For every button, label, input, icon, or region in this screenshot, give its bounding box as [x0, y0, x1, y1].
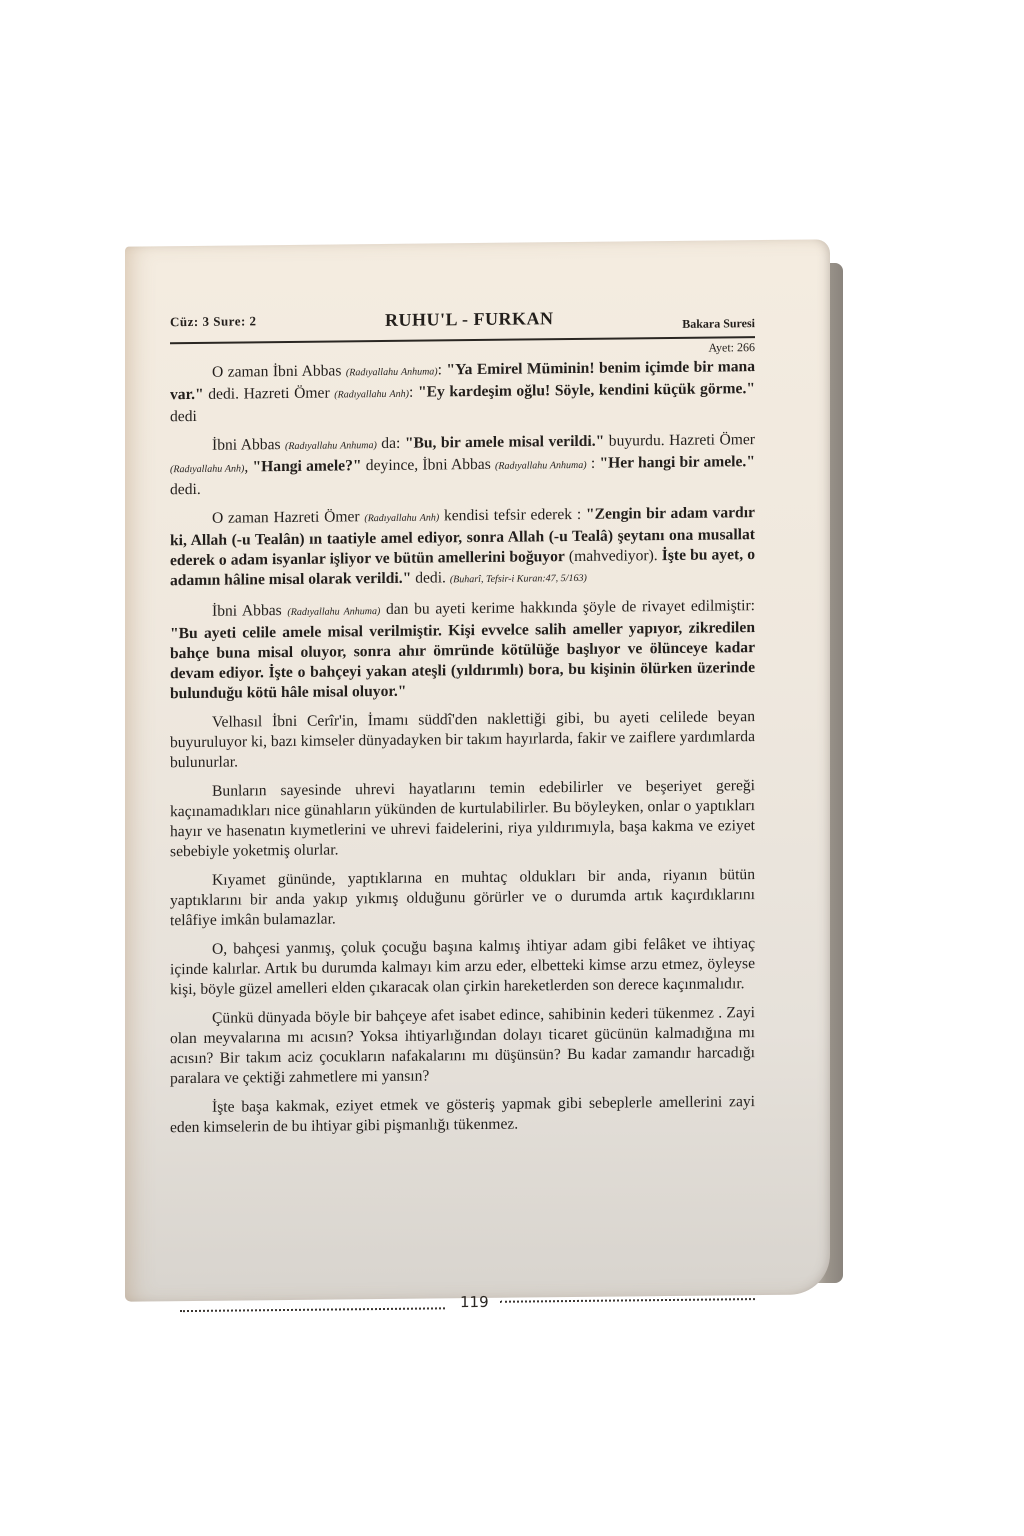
paragraph: İbni Abbas (Radıyallahu Anhuma) da: "Bu,… — [170, 430, 755, 500]
quoted-text: "Ey kardeşim oğlu! Söyle, kendini küçük … — [418, 380, 755, 401]
text-segment: Bunların sayesinde uhrevi hayatlarını te… — [170, 777, 755, 860]
running-head: Cüz: 3 Sure: 2 RUHU'L - FURKAN Bakara Su… — [170, 300, 755, 344]
text-segment: Kıyamet gününde, yaptıklarına en muhtaç … — [170, 866, 755, 929]
paragraph: İbni Abbas (Radıyallahu Anhuma) dan bu a… — [170, 596, 755, 704]
book-title: RUHU'L - FURKAN — [385, 308, 554, 331]
text-segment: da: — [377, 435, 405, 452]
surah-name: Bakara Suresi — [682, 316, 755, 332]
honorific-note: (Radıyallahu Anh) — [364, 512, 439, 524]
text-segment: Çünkü dünyada böyle bir bahçeye afet isa… — [170, 1004, 755, 1087]
quoted-text: "Hangi amele?" — [252, 457, 361, 475]
honorific-note: (Radıyallahu Anhuma) — [495, 460, 587, 472]
text-segment: Velhasıl İbni Cerîr'in, İmamı süddî'den … — [170, 708, 755, 771]
quoted-text: "Bu ayeti celile amele misal verilmiştir… — [170, 619, 755, 702]
text-segment: dedi. — [411, 569, 450, 586]
volume-chapter-label: Cüz: 3 Sure: 2 — [170, 313, 257, 330]
body-text: O zaman İbni Abbas (Radıyallahu Anhuma):… — [170, 357, 755, 1138]
honorific-note: (Buharî, Tefsir-i Kuran:47, 5/163) — [450, 573, 587, 585]
book: Cüz: 3 Sure: 2 RUHU'L - FURKAN Bakara Su… — [125, 243, 845, 1298]
text-segment: : — [409, 384, 418, 401]
text-segment: dedi. — [170, 481, 201, 498]
text-segment: buyurdu. Hazreti Ömer — [604, 431, 755, 450]
text-segment: dedi — [170, 408, 197, 425]
quoted-text: "Bu, bir amele misal verildi." — [405, 433, 605, 452]
text-segment: İbni Abbas — [212, 602, 287, 620]
page-content: Cüz: 3 Sure: 2 RUHU'L - FURKAN Bakara Su… — [170, 300, 755, 1147]
book-page: Cüz: 3 Sure: 2 RUHU'L - FURKAN Bakara Su… — [125, 239, 830, 1301]
text-segment: İşte başa kakmak, eziyet etmek ve göster… — [170, 1093, 755, 1136]
paragraph: İşte başa kakmak, eziyet etmek ve göster… — [170, 1092, 755, 1138]
text-segment: kendisi tefsir ederek : — [439, 506, 586, 525]
paragraph: O, bahçesi yanmış, çoluk çocuğu başına k… — [170, 934, 755, 1000]
text-segment: O zaman Hazreti Ömer — [212, 508, 364, 527]
text-segment: İbni Abbas — [212, 436, 285, 454]
quoted-text: "Her hangi bir amele." — [599, 453, 755, 472]
page-footer: 119 — [170, 1290, 755, 1316]
text-segment: dedi. Hazreti Ömer — [204, 384, 335, 402]
honorific-note: (Radıyallahu Anhuma) — [346, 366, 438, 378]
honorific-note: (Radıyallahu Anhuma) — [287, 606, 380, 618]
honorific-note: (Radıyallahu Anh) — [170, 463, 244, 475]
paragraph: O zaman Hazreti Ömer (Radıyallahu Anh) k… — [170, 503, 755, 593]
page-number: 119 — [460, 1293, 489, 1311]
text-segment: dan bu ayeti kerime hakkında şöyle de ri… — [380, 597, 755, 618]
paragraph: Kıyamet gününde, yaptıklarına en muhtaç … — [170, 865, 755, 931]
text-segment: (mahvediyor). — [565, 547, 662, 565]
paragraph: Çünkü dünyada böyle bir bahçeye afet isa… — [170, 1003, 755, 1089]
paragraph: O zaman İbni Abbas (Radıyallahu Anhuma):… — [170, 357, 755, 427]
text-segment: O zaman İbni Abbas — [212, 362, 346, 380]
paragraph: Bunların sayesinde uhrevi hayatlarını te… — [170, 776, 755, 862]
text-segment: : — [587, 455, 600, 472]
honorific-note: (Radıyallahu Anhuma) — [285, 440, 377, 452]
dotted-leader-right — [500, 1298, 755, 1303]
honorific-note: (Radıyallahu Anh) — [334, 389, 409, 401]
dotted-leader-left — [180, 1307, 445, 1312]
text-segment: deyince, İbni Abbas — [362, 456, 496, 474]
text-segment: O, bahçesi yanmış, çoluk çocuğu başına k… — [170, 935, 755, 998]
paragraph: Velhasıl İbni Cerîr'in, İmamı süddî'den … — [170, 707, 755, 773]
